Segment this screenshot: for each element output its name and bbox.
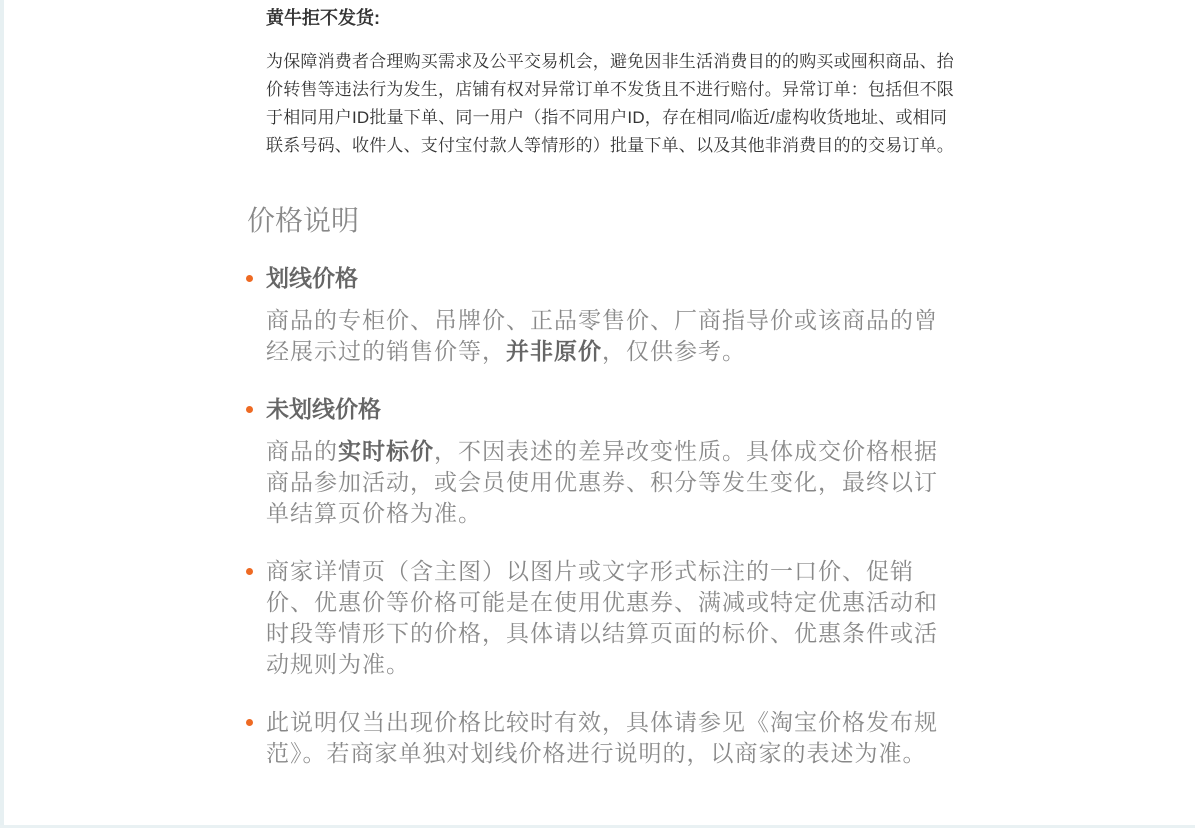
- bullet-icon: [246, 719, 253, 726]
- text-emphasis: 实时标价: [338, 438, 434, 464]
- price-item-detail-page-prices: 商家详情页（含主图）以图片或文字形式标注的一口价、促销 价、优惠价等价格可能是在…: [266, 556, 980, 680]
- price-item-subtitle: 划线价格: [266, 263, 980, 293]
- bullet-icon: [246, 275, 253, 282]
- bullet-icon: [246, 568, 253, 575]
- content-column: 黄牛拒不发货: 为保障消费者合理购买需求及公平交易机会，避免因非生活消费目的的购…: [0, 0, 980, 769]
- text-segment: 此说明仅当出现价格比较时有效，具体请参见《淘宝价格发布规 范》。若商家单独对划线…: [266, 709, 938, 766]
- page-root: 黄牛拒不发货: 为保障消费者合理购买需求及公平交易机会，避免因非生活消费目的的购…: [0, 0, 1195, 828]
- price-item-subtitle: 未划线价格: [266, 394, 980, 424]
- price-item-body: 商品的专柜价、吊牌价、正品零售价、厂商指导价或该商品的曾 经展示过的销售价等，并…: [266, 305, 980, 367]
- text-emphasis: 并非原价: [506, 338, 602, 364]
- text-segment: 商品的: [266, 438, 338, 464]
- scalper-notice-body: 为保障消费者合理购买需求及公平交易机会，避免因非生活消费目的的购买或囤积商品、抬…: [266, 48, 980, 160]
- price-section-title: 价格说明: [247, 203, 980, 239]
- price-item-comparison-validity: 此说明仅当出现价格比较时有效，具体请参见《淘宝价格发布规 范》。若商家单独对划线…: [266, 707, 980, 769]
- text-segment: ，仅供参考。: [602, 338, 746, 364]
- left-edge-divider: [0, 0, 4, 828]
- price-explanation-section: 价格说明 划线价格 商品的专柜价、吊牌价、正品零售价、厂商指导价或该商品的曾 经…: [266, 203, 980, 769]
- price-item-unstruck-price: 未划线价格 商品的实时标价，不因表述的差异改变性质。具体成交价格根据 商品参加活…: [266, 394, 980, 529]
- text-segment: 商家详情页（含主图）以图片或文字形式标注的一口价、促销 价、优惠价等价格可能是在…: [266, 558, 938, 677]
- scalper-notice-title: 黄牛拒不发货:: [266, 6, 980, 30]
- price-item-strikethrough-price: 划线价格 商品的专柜价、吊牌价、正品零售价、厂商指导价或该商品的曾 经展示过的销…: [266, 263, 980, 367]
- price-item-body: 商品的实时标价，不因表述的差异改变性质。具体成交价格根据 商品参加活动，或会员使…: [266, 436, 980, 529]
- price-item-body: 商家详情页（含主图）以图片或文字形式标注的一口价、促销 价、优惠价等价格可能是在…: [266, 556, 980, 680]
- bullet-icon: [246, 406, 253, 413]
- price-item-body: 此说明仅当出现价格比较时有效，具体请参见《淘宝价格发布规 范》。若商家单独对划线…: [266, 707, 980, 769]
- scalper-notice: 黄牛拒不发货: 为保障消费者合理购买需求及公平交易机会，避免因非生活消费目的的购…: [266, 6, 980, 160]
